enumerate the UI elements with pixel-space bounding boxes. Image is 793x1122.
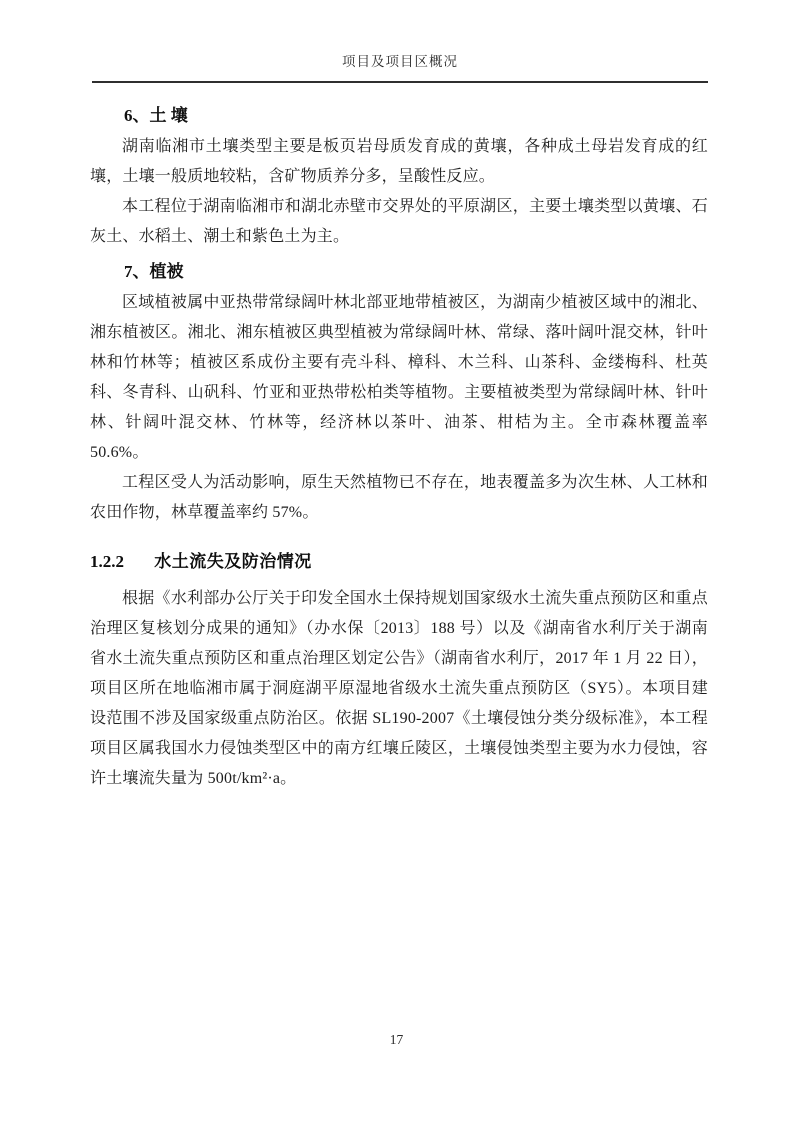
page-header: 项目及项目区概况 xyxy=(92,0,708,83)
page-content: 6、土 壤 湖南临湘市土壤类型主要是板页岩母质发育成的黄壤，各种成土母岩发育成的… xyxy=(90,103,708,794)
heading-erosion-control: 1.2.2 水土流失及防治情况 xyxy=(90,549,708,575)
section-number: 1.2.2 xyxy=(90,552,124,571)
heading-soil: 6、土 壤 xyxy=(90,103,708,129)
paragraph-vegetation-1: 区域植被属中亚热带常绿阔叶林北部亚地带植被区，为湖南少植被区域中的湘北、湘东植被… xyxy=(90,288,708,468)
page-footer: 17 xyxy=(0,1032,793,1048)
page-number: 17 xyxy=(390,1032,404,1047)
heading-vegetation: 7、植被 xyxy=(90,259,708,285)
document-page: 项目及项目区概况 6、土 壤 湖南临湘市土壤类型主要是板页岩母质发育成的黄壤，各… xyxy=(0,0,793,1122)
paragraph-erosion-1: 根据《水利部办公厅关于印发全国水土保持规划国家级水土流失重点预防区和重点治理区复… xyxy=(90,584,708,794)
paragraph-soil-1: 湖南临湘市土壤类型主要是板页岩母质发育成的黄壤，各种成土母岩发育成的红壤，土壤一… xyxy=(90,132,708,192)
header-title: 项目及项目区概况 xyxy=(342,54,458,69)
paragraph-vegetation-2: 工程区受人为活动影响，原生天然植物已不存在，地表覆盖多为次生林、人工林和农田作物… xyxy=(90,468,708,528)
section-title: 水土流失及防治情况 xyxy=(154,552,312,571)
paragraph-soil-2: 本工程位于湖南临湘市和湖北赤壁市交界处的平原湖区，主要土壤类型以黄壤、石灰土、水… xyxy=(90,192,708,252)
